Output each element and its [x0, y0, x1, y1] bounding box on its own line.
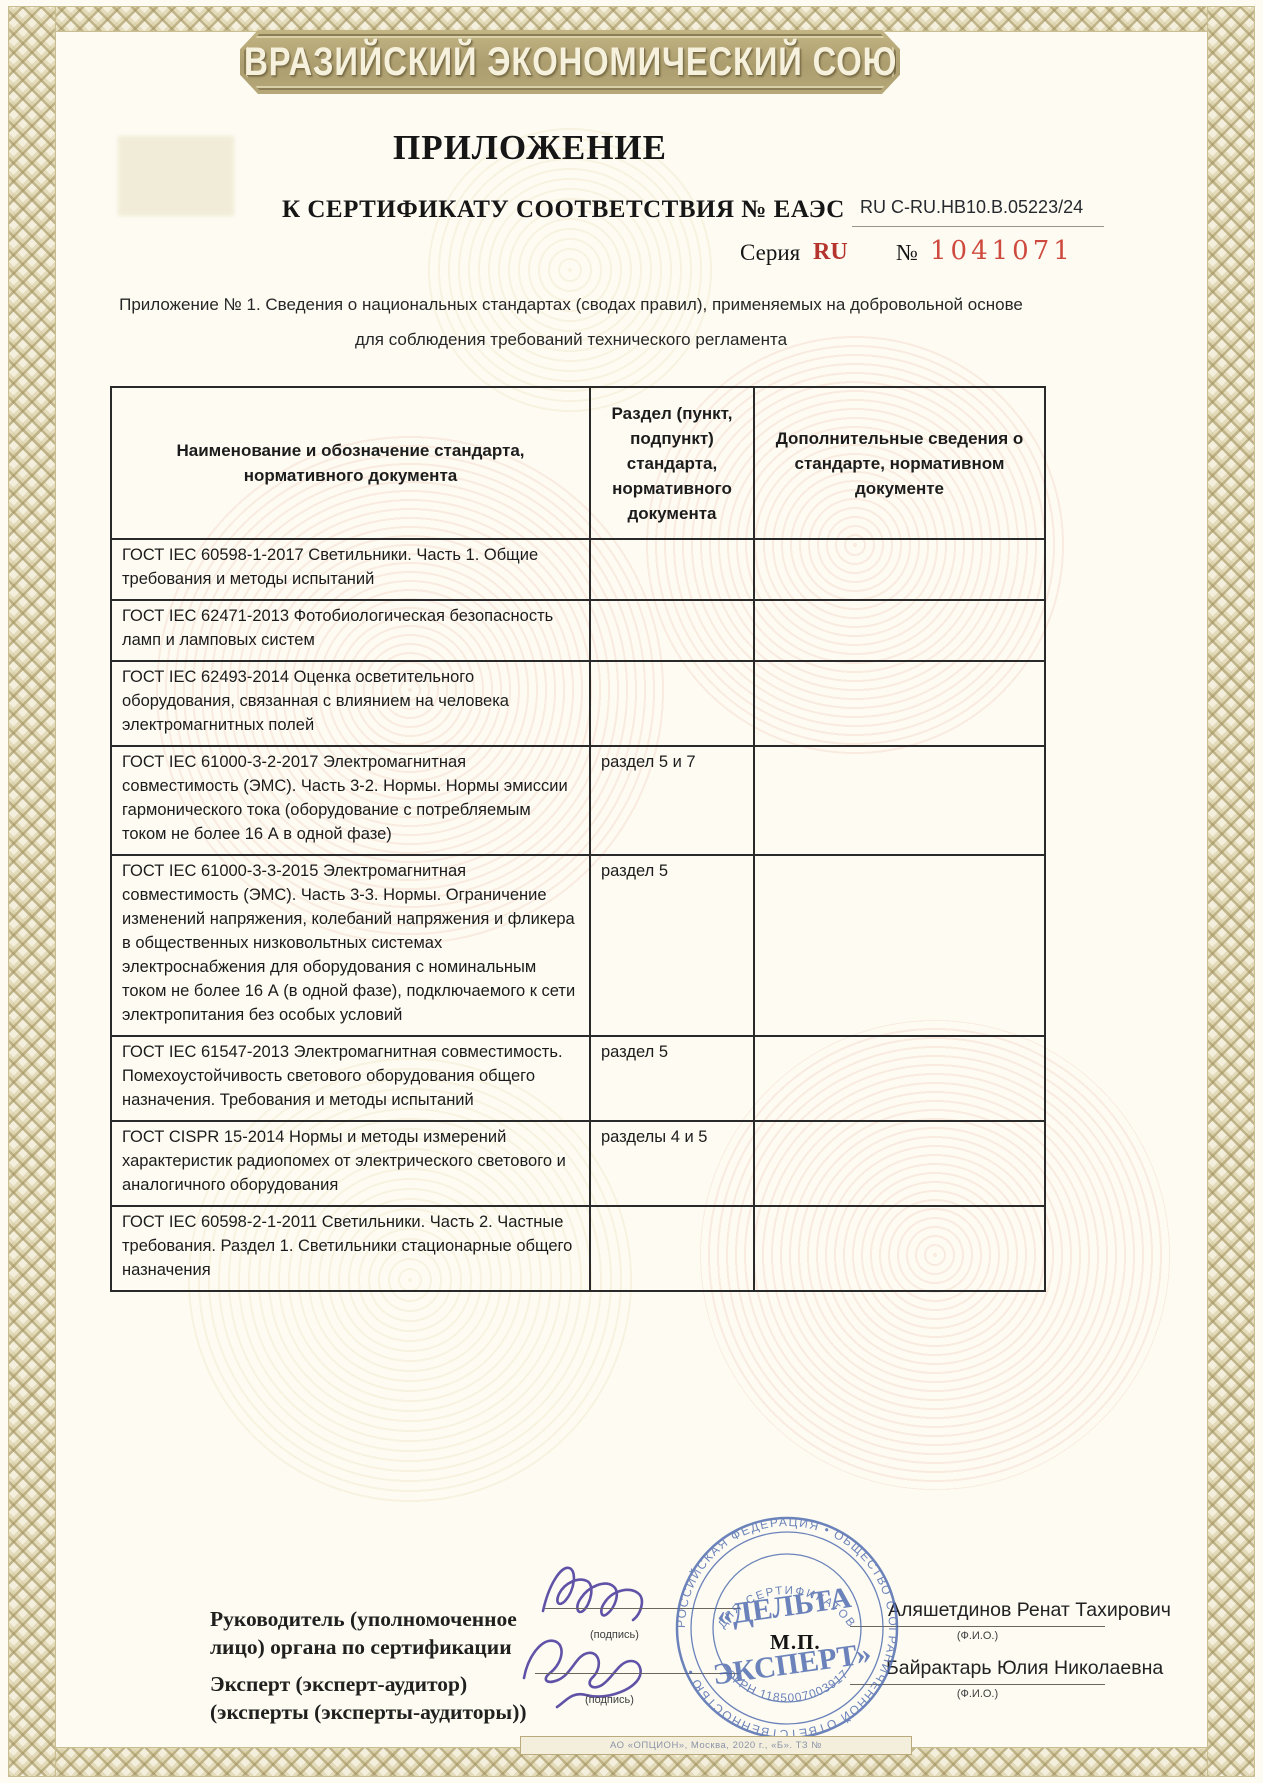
mp-seal-mark: М.П. [770, 1630, 821, 1655]
standards-table-head: Наименование и обозначение стандарта, но… [111, 387, 1045, 539]
standard-name-cell: ГОСТ IEC 60598-1-2017 Светильники. Часть… [111, 539, 590, 600]
certificate-number-underline [852, 226, 1104, 227]
table-row: ГОСТ IEC 60598-2-1-2011 Светильники. Час… [111, 1206, 1045, 1291]
extra-cell [754, 746, 1045, 855]
intro-line-1: Приложение № 1. Сведения о национальных … [110, 295, 1032, 315]
blank-number: 1041071 [930, 236, 1074, 266]
certificate-appendix-page: ЕВРАЗИЙСКИЙ ЭКОНОМИЧЕСКИЙ СОЮЗ ПРИЛОЖЕНИ… [0, 0, 1263, 1783]
standard-name-cell: ГОСТ IEC 62493-2014 Оценка осветительног… [111, 661, 590, 746]
section-cell [590, 600, 754, 661]
signature-line-1 [545, 1608, 740, 1609]
signatory-name-2: Байрактарь Юлия Николаевна [886, 1657, 1163, 1680]
stamp-center-line1: «ДЕЛЬТА [715, 1581, 854, 1633]
standard-name-cell: ГОСТ IEC 61000-3-3-2015 Электромагнитная… [111, 855, 590, 1036]
certificate-subtitle: К СЕРТИФИКАТУ СООТВЕТСТВИЯ № ЕАЭС [282, 196, 845, 224]
extra-cell [754, 1206, 1045, 1291]
fio-caption-2: (Ф.И.О.) [850, 1688, 1105, 1700]
delta-expert-stamp: РОССИЙСКАЯ ФЕДЕРАЦИЯ • ОБЩЕСТВО С ОГРАНИ… [667, 1508, 907, 1748]
series-value: RU [813, 239, 848, 266]
svg-text:ОГРН 1185007003917: ОГРН 1185007003917 [723, 1666, 852, 1704]
role-head-of-body: Руководитель (уполномоченное лицо) орган… [210, 1605, 517, 1661]
section-cell: раздел 5 [590, 1036, 754, 1121]
fio-line-2 [850, 1684, 1105, 1685]
printer-info-text: АО «ОПЦИОН», Москва, 2020 г., «Б». ТЗ № [610, 1740, 822, 1751]
section-cell [590, 661, 754, 746]
fio-line-1 [850, 1626, 1105, 1627]
eaeu-banner: ЕВРАЗИЙСКИЙ ЭКОНОМИЧЕСКИЙ СОЮЗ [240, 30, 900, 94]
standard-name-cell: ГОСТ IEC 62471-2013 Фотобиологическая бе… [111, 600, 590, 661]
number-sign: № [896, 240, 918, 266]
table-row: ГОСТ IEC 60598-1-2017 Светильники. Часть… [111, 539, 1045, 600]
col-header-standard: Наименование и обозначение стандарта, но… [111, 387, 590, 539]
section-cell: разделы 4 и 5 [590, 1121, 754, 1206]
signature-caption-2: (подпись) [585, 1694, 634, 1706]
standards-table: Наименование и обозначение стандарта, но… [110, 386, 1046, 1292]
page-title: ПРИЛОЖЕНИЕ [230, 128, 830, 168]
extra-cell [754, 1121, 1045, 1206]
role-expert: Эксперт (эксперт-аудитор) (эксперты (экс… [210, 1670, 527, 1726]
extra-cell [754, 855, 1045, 1036]
extra-cell [754, 1036, 1045, 1121]
extra-cell [754, 600, 1045, 661]
table-row: ГОСТ IEC 62471-2013 Фотобиологическая бе… [111, 600, 1045, 661]
standard-name-cell: ГОСТ IEC 61000-3-2-2017 Электромагнитная… [111, 746, 590, 855]
table-row: ГОСТ IEC 61000-3-3-2015 Электромагнитная… [111, 855, 1045, 1036]
stamp-org-ring-text: РОССИЙСКАЯ ФЕДЕРАЦИЯ • ОБЩЕСТВО С ОГРАНИ… [674, 1515, 900, 1741]
svg-text:РОССИЙСКАЯ ФЕДЕРАЦИЯ • ОБЩЕСТВ: РОССИЙСКАЯ ФЕДЕРАЦИЯ • ОБЩЕСТВО С ОГРАНИ… [674, 1515, 900, 1741]
guilloche-border-top [8, 6, 1255, 32]
signature-caption-1: (подпись) [590, 1629, 639, 1641]
certificate-number: RU C-RU.HB10.B.05223/24 [860, 197, 1083, 218]
eaeu-banner-frame: ЕВРАЗИЙСКИЙ ЭКОНОМИЧЕСКИЙ СОЮЗ [244, 34, 896, 90]
signatory-name-1: Аляшетдинов Ренат Тахирович [888, 1599, 1171, 1622]
guilloche-border-left [8, 6, 56, 1777]
eaeu-banner-text: ЕВРАЗИЙСКИЙ ЭКОНОМИЧЕСКИЙ СОЮЗ [221, 40, 918, 85]
extra-cell [754, 661, 1045, 746]
signature-1 [535, 1556, 655, 1634]
faded-stamp-ghost [118, 136, 234, 216]
section-cell: раздел 5 и 7 [590, 746, 754, 855]
stamp-ogrn-text: ОГРН 1185007003917 [723, 1666, 852, 1704]
intro-line-2: для соблюдения требований технического р… [110, 330, 1032, 350]
standard-name-cell: ГОСТ IEC 60598-2-1-2011 Светильники. Час… [111, 1206, 590, 1291]
standards-table-body: ГОСТ IEC 60598-1-2017 Светильники. Часть… [111, 539, 1045, 1291]
table-row: ГОСТ IEC 62493-2014 Оценка осветительног… [111, 661, 1045, 746]
series-label: Серия [740, 240, 800, 266]
signature-line-2 [535, 1673, 740, 1674]
fio-caption-1: (Ф.И.О.) [850, 1630, 1105, 1642]
standard-name-cell: ГОСТ CISPR 15-2014 Нормы и методы измере… [111, 1121, 590, 1206]
section-cell: раздел 5 [590, 855, 754, 1036]
guilloche-border-right [1207, 6, 1255, 1777]
table-row: ГОСТ IEC 61547-2013 Электромагнитная сов… [111, 1036, 1045, 1121]
standard-name-cell: ГОСТ IEC 61547-2013 Электромагнитная сов… [111, 1036, 590, 1121]
section-cell [590, 539, 754, 600]
header-row: Наименование и обозначение стандарта, но… [111, 387, 1045, 539]
table-row: ГОСТ IEC 61000-3-2-2017 Электромагнитная… [111, 746, 1045, 855]
section-cell [590, 1206, 754, 1291]
col-header-extra: Дополнительные сведения о стандарте, нор… [754, 387, 1045, 539]
col-header-section: Раздел (пункт, подпункт) стандарта, норм… [590, 387, 754, 539]
printer-info-strip: АО «ОПЦИОН», Москва, 2020 г., «Б». ТЗ № [520, 1736, 912, 1755]
table-row: ГОСТ CISPR 15-2014 Нормы и методы измере… [111, 1121, 1045, 1206]
extra-cell [754, 539, 1045, 600]
